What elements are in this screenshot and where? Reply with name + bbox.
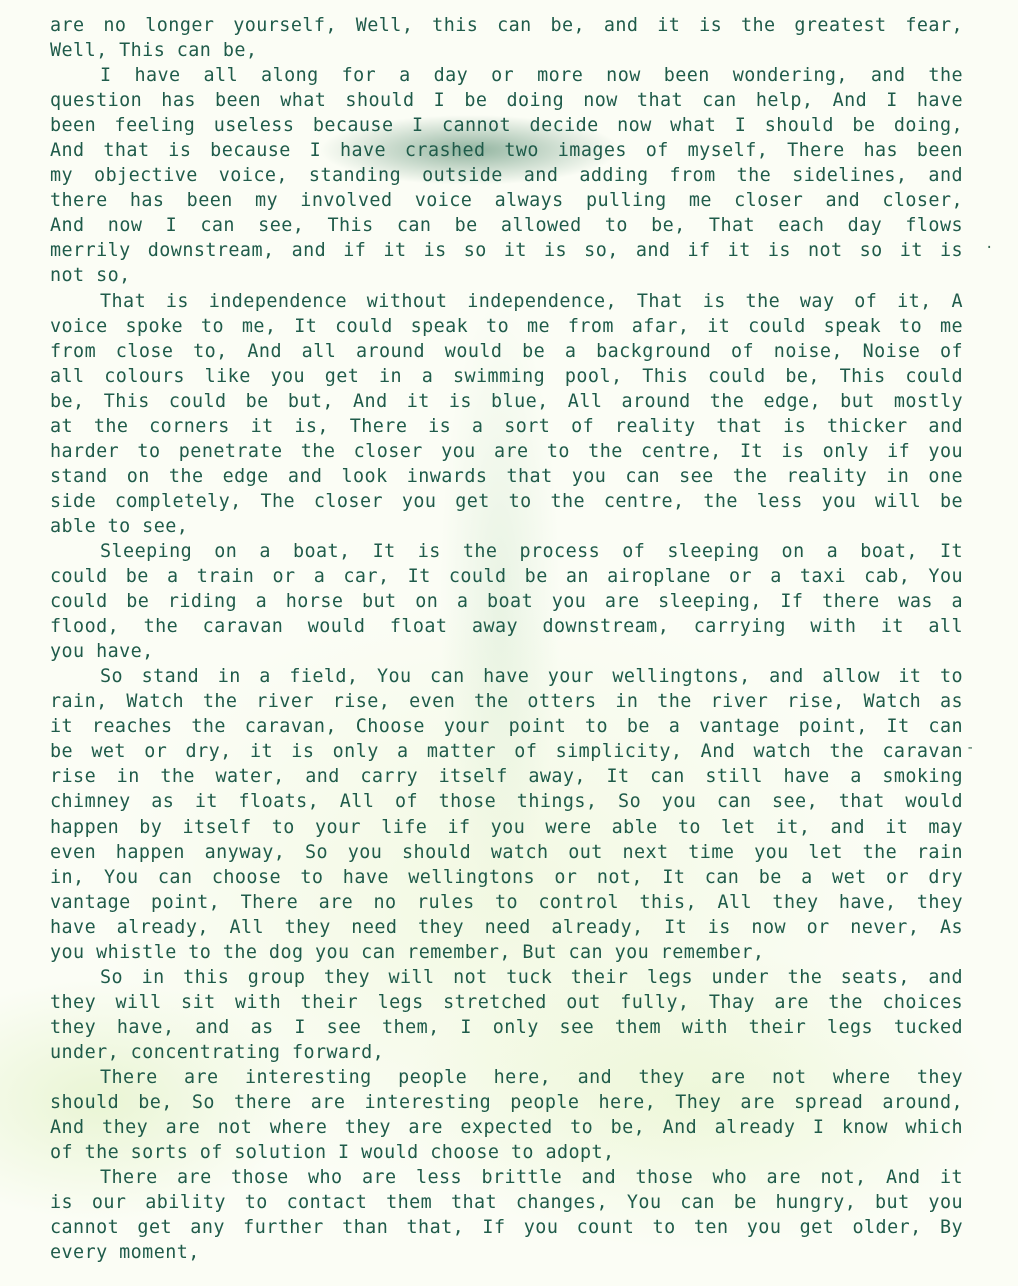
text-line: my objective voice, standing outside and… xyxy=(50,163,963,188)
text-line: harder to penetrate the closer you are t… xyxy=(50,439,963,464)
text-line: could be riding a horse but on a boat yo… xyxy=(50,589,963,614)
margin-dot: · xyxy=(985,240,993,256)
text-line: under, concentrating forward, xyxy=(50,1040,963,1065)
text-line: it reaches the caravan, Choose your poin… xyxy=(50,714,963,739)
paragraph: are no longer yourself, Well, this can b… xyxy=(50,13,963,63)
text-line: have already, All they need they need al… xyxy=(50,915,963,940)
text-line: of the sorts of solution I would choose … xyxy=(50,1140,963,1165)
text-line: So stand in a field, You can have your w… xyxy=(50,664,963,689)
text-line: be wet or dry, it is only a matter of si… xyxy=(50,739,963,764)
text-line: stand on the edge and look inwards that … xyxy=(50,464,963,489)
text-line: merrily downstream, and if it is so it i… xyxy=(50,238,963,263)
text-line: there has been my involved voice always … xyxy=(50,188,963,213)
text-line: And they are not where they are expected… xyxy=(50,1115,963,1140)
text-line: And that is because I have crashed two i… xyxy=(50,138,963,163)
text-line: they will sit with their legs stretched … xyxy=(50,990,963,1015)
paragraph: So in this group they will not tuck thei… xyxy=(50,965,963,1065)
text-line: There are those who are less brittle and… xyxy=(50,1165,963,1190)
text-line: could be a train or a car, It could be a… xyxy=(50,564,963,589)
text-line: And now I can see, This can be allowed t… xyxy=(50,213,963,238)
paragraph: So stand in a field, You can have your w… xyxy=(50,664,963,965)
text-line: That is independence without independenc… xyxy=(50,289,963,314)
text-line: rain, Watch the river rise, even the ott… xyxy=(50,689,963,714)
text-line: cannot get any further than that, If you… xyxy=(50,1215,963,1240)
text-line: So in this group they will not tuck thei… xyxy=(50,965,963,990)
text-line: be, This could be but, And it is blue, A… xyxy=(50,389,963,414)
text-line: been feeling useless because I cannot de… xyxy=(50,113,963,138)
paragraph: That is independence without independenc… xyxy=(50,289,963,539)
text-line: even happen anyway, So you should watch … xyxy=(50,840,963,865)
text-line: side completely, The closer you get to t… xyxy=(50,489,963,514)
text-line: all colours like you get in a swimming p… xyxy=(50,364,963,389)
text-line: voice spoke to me, It could speak to me … xyxy=(50,314,963,339)
text-line: from close to, And all around would be a… xyxy=(50,339,963,364)
text-line: you have, xyxy=(50,639,963,664)
paragraph: Sleeping on a boat, It is the process of… xyxy=(50,539,963,664)
text-line: are no longer yourself, Well, this can b… xyxy=(50,13,963,38)
text-line: Sleeping on a boat, It is the process of… xyxy=(50,539,963,564)
text-line: rise in the water, and carry itself away… xyxy=(50,764,963,789)
text-line: not so, xyxy=(50,263,963,288)
margin-dash: - xyxy=(966,740,974,756)
paragraph: There are interesting people here, and t… xyxy=(50,1065,963,1165)
text-line: question has been what should I be doing… xyxy=(50,88,963,113)
text-line: happen by itself to your life if you wer… xyxy=(50,815,963,840)
text-line: flood, the caravan would float away down… xyxy=(50,614,963,639)
text-line: you whistle to the dog you can remember,… xyxy=(50,940,963,965)
text-line: in, You can choose to have wellingtons o… xyxy=(50,865,963,890)
typed-text-body: are no longer yourself, Well, this can b… xyxy=(50,13,963,1265)
text-line: should be, So there are interesting peop… xyxy=(50,1090,963,1115)
text-line: at the corners it is, There is a sort of… xyxy=(50,414,963,439)
text-line: able to see, xyxy=(50,514,963,539)
text-line: vantage point, There are no rules to con… xyxy=(50,890,963,915)
text-line: I have all along for a day or more now b… xyxy=(50,63,963,88)
text-line: chimney as it floats, All of those thing… xyxy=(50,789,963,814)
text-line: Well, This can be, xyxy=(50,38,963,63)
scanned-page: are no longer yourself, Well, this can b… xyxy=(0,0,1018,1286)
text-line: There are interesting people here, and t… xyxy=(50,1065,963,1090)
text-line: is our ability to contact them that chan… xyxy=(50,1190,963,1215)
paragraph: I have all along for a day or more now b… xyxy=(50,63,963,288)
text-line: they have, and as I see them, I only see… xyxy=(50,1015,963,1040)
text-line: every moment, xyxy=(50,1240,963,1265)
paragraph: There are those who are less brittle and… xyxy=(50,1165,963,1265)
